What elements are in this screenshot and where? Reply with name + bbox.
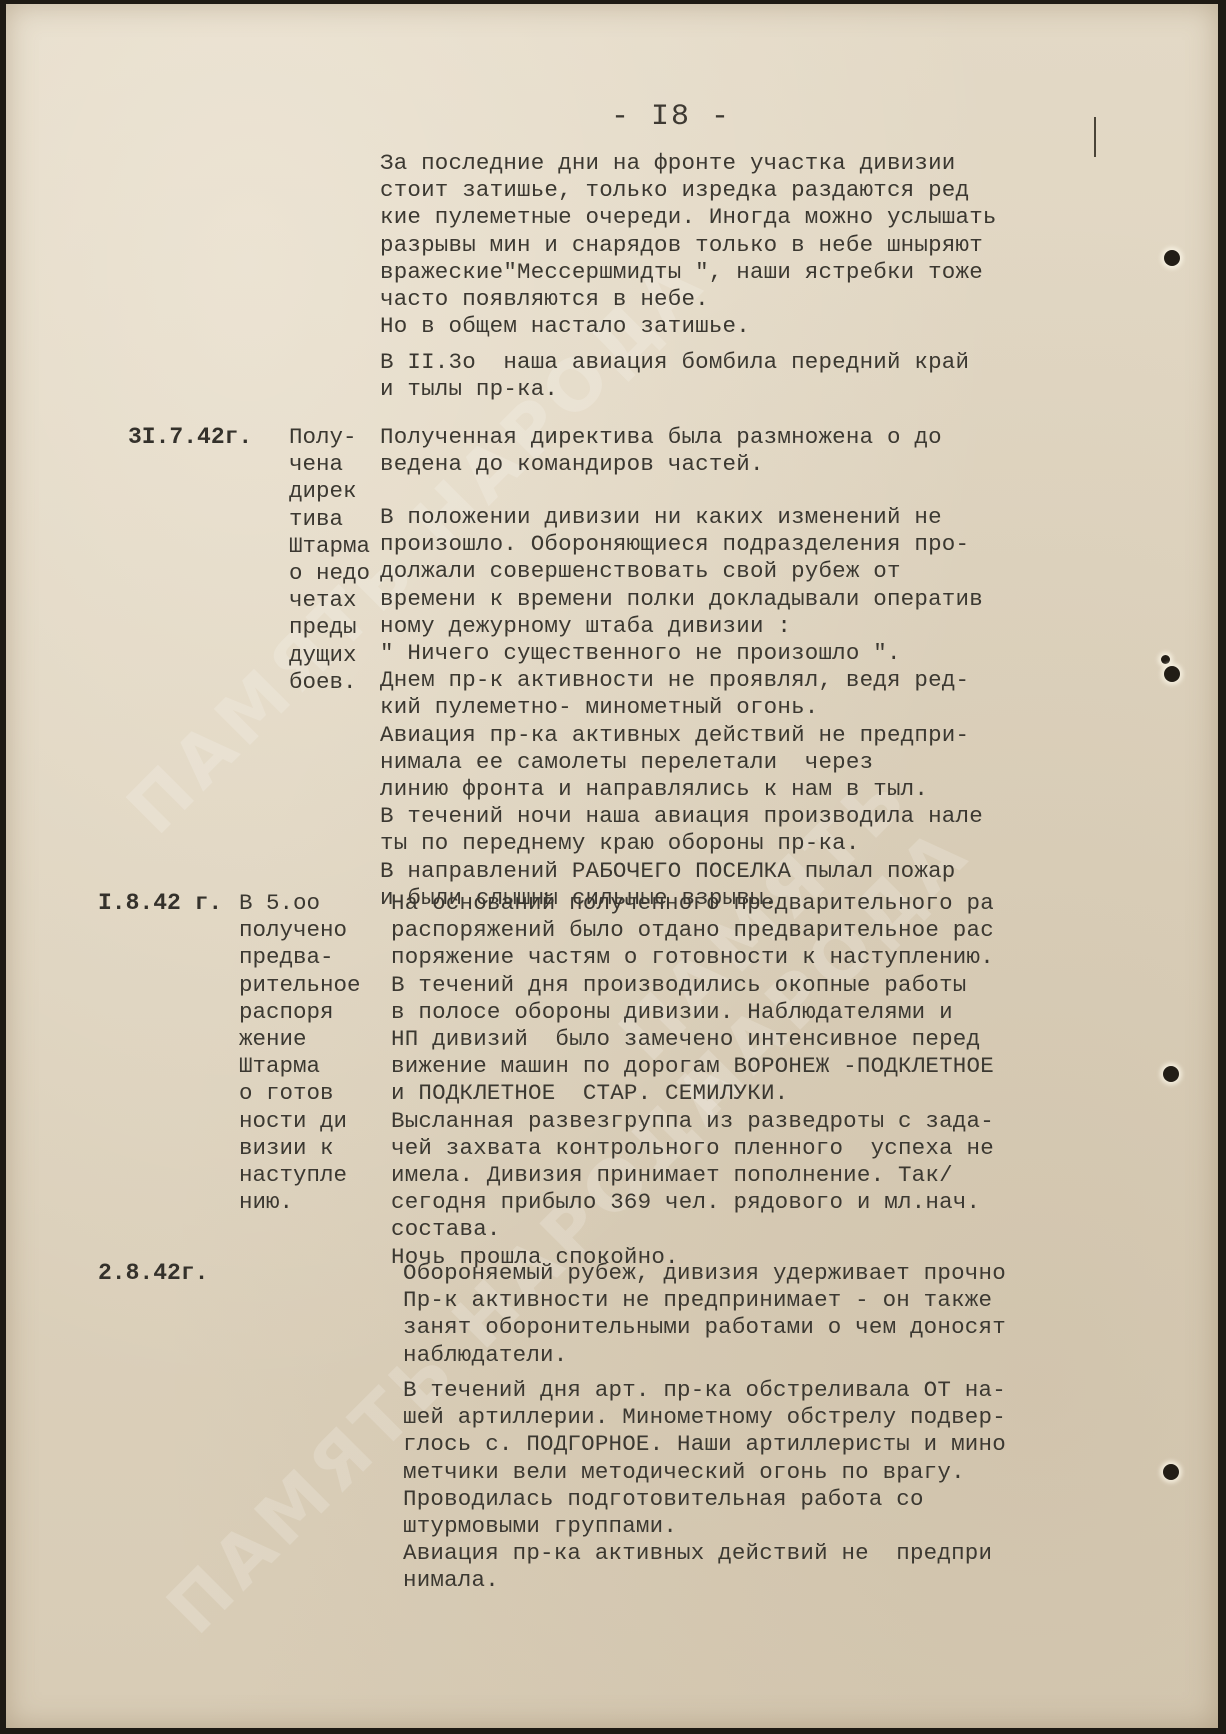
text-line: Штарма bbox=[239, 1053, 361, 1080]
text-line: линию фронта и направлялись к нам в тыл. bbox=[380, 776, 983, 803]
text-line: о готов bbox=[239, 1080, 361, 1107]
text-line: дущих bbox=[289, 642, 370, 669]
text-line: ведена до командиров частей. bbox=[380, 451, 942, 478]
text-line: преды bbox=[289, 614, 370, 641]
entry-paragraph: В течений дня арт. пр-ка обстреливала ОТ… bbox=[403, 1377, 1006, 1595]
text-line: шей артиллерии. Минометному обстрелу под… bbox=[403, 1404, 1006, 1431]
text-line: Днем пр-к активности не проявлял, ведя р… bbox=[380, 667, 983, 694]
text-line: четах bbox=[289, 587, 370, 614]
text-line: Но в общем настало затишье. bbox=[380, 313, 997, 340]
text-line: Авиация пр-ка активных действий не предп… bbox=[403, 1540, 1006, 1567]
text-line: состава. bbox=[391, 1216, 994, 1243]
text-line: должали совершенствовать свой рубеж от bbox=[380, 558, 983, 585]
text-line: В течений дня производились окопные рабо… bbox=[391, 972, 994, 999]
text-line: ты по переднему краю обороны пр-ка. bbox=[380, 830, 983, 857]
text-line: нию. bbox=[239, 1189, 361, 1216]
text-line: дирек bbox=[289, 478, 370, 505]
text-line: Проводилась подготовительная работа со bbox=[403, 1486, 1006, 1513]
text-line: получено bbox=[239, 917, 361, 944]
text-line: наступле bbox=[239, 1162, 361, 1189]
entry-paragraph: В II.3о наша авиация бомбила передний кр… bbox=[380, 349, 969, 403]
text-line: наблюдатели. bbox=[403, 1342, 1006, 1369]
text-line: распоряжений было отдано предварительное… bbox=[391, 917, 994, 944]
entry-paragraph: Обороняемый рубеж, дивизия удерживает пр… bbox=[403, 1260, 1006, 1369]
page-number: - I8 - bbox=[611, 100, 731, 134]
text-line: вражеские"Мессершмидты ", наши ястребки … bbox=[380, 259, 997, 286]
text-line: в полосе обороны дивизии. Наблюдателями … bbox=[391, 999, 994, 1026]
text-line: ности ди bbox=[239, 1108, 361, 1135]
text-line: Обороняемый рубеж, дивизия удерживает пр… bbox=[403, 1260, 1006, 1287]
text-line: НП дивизий было замечено интенсивное пер… bbox=[391, 1026, 994, 1053]
binding-hole-icon bbox=[1163, 1066, 1179, 1082]
text-line: визии к bbox=[239, 1135, 361, 1162]
text-line: На оснований полученного предварительног… bbox=[391, 890, 994, 917]
text-line: кий пулеметно- минометный огонь. bbox=[380, 694, 983, 721]
text-line: Высланная развезгруппа из разведроты с з… bbox=[391, 1108, 994, 1135]
text-line: штурмовыми группами. bbox=[403, 1513, 1006, 1540]
text-line: предва- bbox=[239, 944, 361, 971]
text-line: Полу- bbox=[289, 424, 370, 451]
text-line: нимала ее самолеты перелетали через bbox=[380, 749, 983, 776]
text-line: В направлений РАБОЧЕГО ПОСЕЛКА пылал пож… bbox=[380, 858, 983, 885]
text-line: В II.3о наша авиация бомбила передний кр… bbox=[380, 349, 969, 376]
margin-mark bbox=[1094, 117, 1096, 157]
text-line: рительное bbox=[239, 972, 361, 999]
text-line: Пр-к активности не предпринимает - он та… bbox=[403, 1287, 1006, 1314]
entry-side-label: Полу-ченадирективаШтармао недочетахпреды… bbox=[289, 424, 370, 696]
entry-date: 2.8.42г. bbox=[98, 1260, 208, 1286]
text-line: " Ничего существенного не произошло ". bbox=[380, 640, 983, 667]
text-line: В положении дивизии ни каких изменений н… bbox=[380, 504, 983, 531]
entry-paragraph: Полученная директива была размножена о д… bbox=[380, 424, 942, 478]
text-line: Авиация пр-ка активных действий не предп… bbox=[380, 722, 983, 749]
text-line: о недо bbox=[289, 560, 370, 587]
text-line: нимала. bbox=[403, 1567, 1006, 1594]
text-line: и ПОДКЛЕТНОЕ СТАР. СЕМИЛУКИ. bbox=[391, 1080, 994, 1107]
text-line: распоря bbox=[239, 999, 361, 1026]
text-line: кие пулеметные очереди. Иногда можно усл… bbox=[380, 204, 997, 231]
text-line: занят оборонительными работами о чем дон… bbox=[403, 1314, 1006, 1341]
text-line: боев. bbox=[289, 669, 370, 696]
entry-paragraph: В положении дивизии ни каких изменений н… bbox=[380, 504, 983, 912]
text-line: стоит затишье, только изредка раздаются … bbox=[380, 177, 997, 204]
text-line: разрывы мин и снарядов только в небе шны… bbox=[380, 232, 997, 259]
text-line: Штарма bbox=[289, 533, 370, 560]
entry-paragraph: На оснований полученного предварительног… bbox=[391, 890, 994, 1271]
entry-date: I.8.42 г. bbox=[98, 890, 222, 916]
entry-side-label: В 5.оополученопредва-рительноераспоряжен… bbox=[239, 890, 361, 1216]
binding-hole-icon bbox=[1164, 666, 1180, 682]
text-line: жение bbox=[239, 1026, 361, 1053]
text-line: и тылы пр-ка. bbox=[380, 376, 969, 403]
text-line: имела. Дивизия принимает пополнение. Так… bbox=[391, 1162, 994, 1189]
binding-hole-icon bbox=[1164, 250, 1180, 266]
text-line: произошло. Обороняющиеся подразделения п… bbox=[380, 531, 983, 558]
binding-hole-icon bbox=[1161, 655, 1170, 664]
text-line: В течений ночи наша авиация производила … bbox=[380, 803, 983, 830]
text-line: сегодня прибыло 369 чел. рядового и мл.н… bbox=[391, 1189, 994, 1216]
text-line: Полученная директива была размножена о д… bbox=[380, 424, 942, 451]
text-line: ному дежурному штаба дивизии : bbox=[380, 613, 983, 640]
text-line: чей захвата контрольного пленного успеха… bbox=[391, 1135, 994, 1162]
text-line: времени к времени полки докладывали опер… bbox=[380, 586, 983, 613]
text-line: За последние дни на фронте участка дивиз… bbox=[380, 150, 997, 177]
text-line: глось с. ПОДГОРНОЕ. Наши артиллеристы и … bbox=[403, 1431, 1006, 1458]
text-line: метчики вели методический огонь по врагу… bbox=[403, 1459, 1006, 1486]
text-line: чена bbox=[289, 451, 370, 478]
entry-date: 3I.7.42г. bbox=[128, 424, 252, 450]
text-line: тива bbox=[289, 506, 370, 533]
entry-paragraph: За последние дни на фронте участка дивиз… bbox=[380, 150, 997, 340]
text-line: вижение машин по дорогам ВОРОНЕЖ -ПОДКЛЕ… bbox=[391, 1053, 994, 1080]
text-line: часто появляются в небе. bbox=[380, 286, 997, 313]
text-line: В 5.оо bbox=[239, 890, 361, 917]
binding-hole-icon bbox=[1163, 1464, 1179, 1480]
document-page: ПАМЯТЬ НАРОДА ПАМЯТЬ НАРОДА ПАМЯТЬ НАРОД… bbox=[6, 4, 1218, 1728]
text-line: поряжение частям о готовности к наступле… bbox=[391, 944, 994, 971]
text-line: В течений дня арт. пр-ка обстреливала ОТ… bbox=[403, 1377, 1006, 1404]
